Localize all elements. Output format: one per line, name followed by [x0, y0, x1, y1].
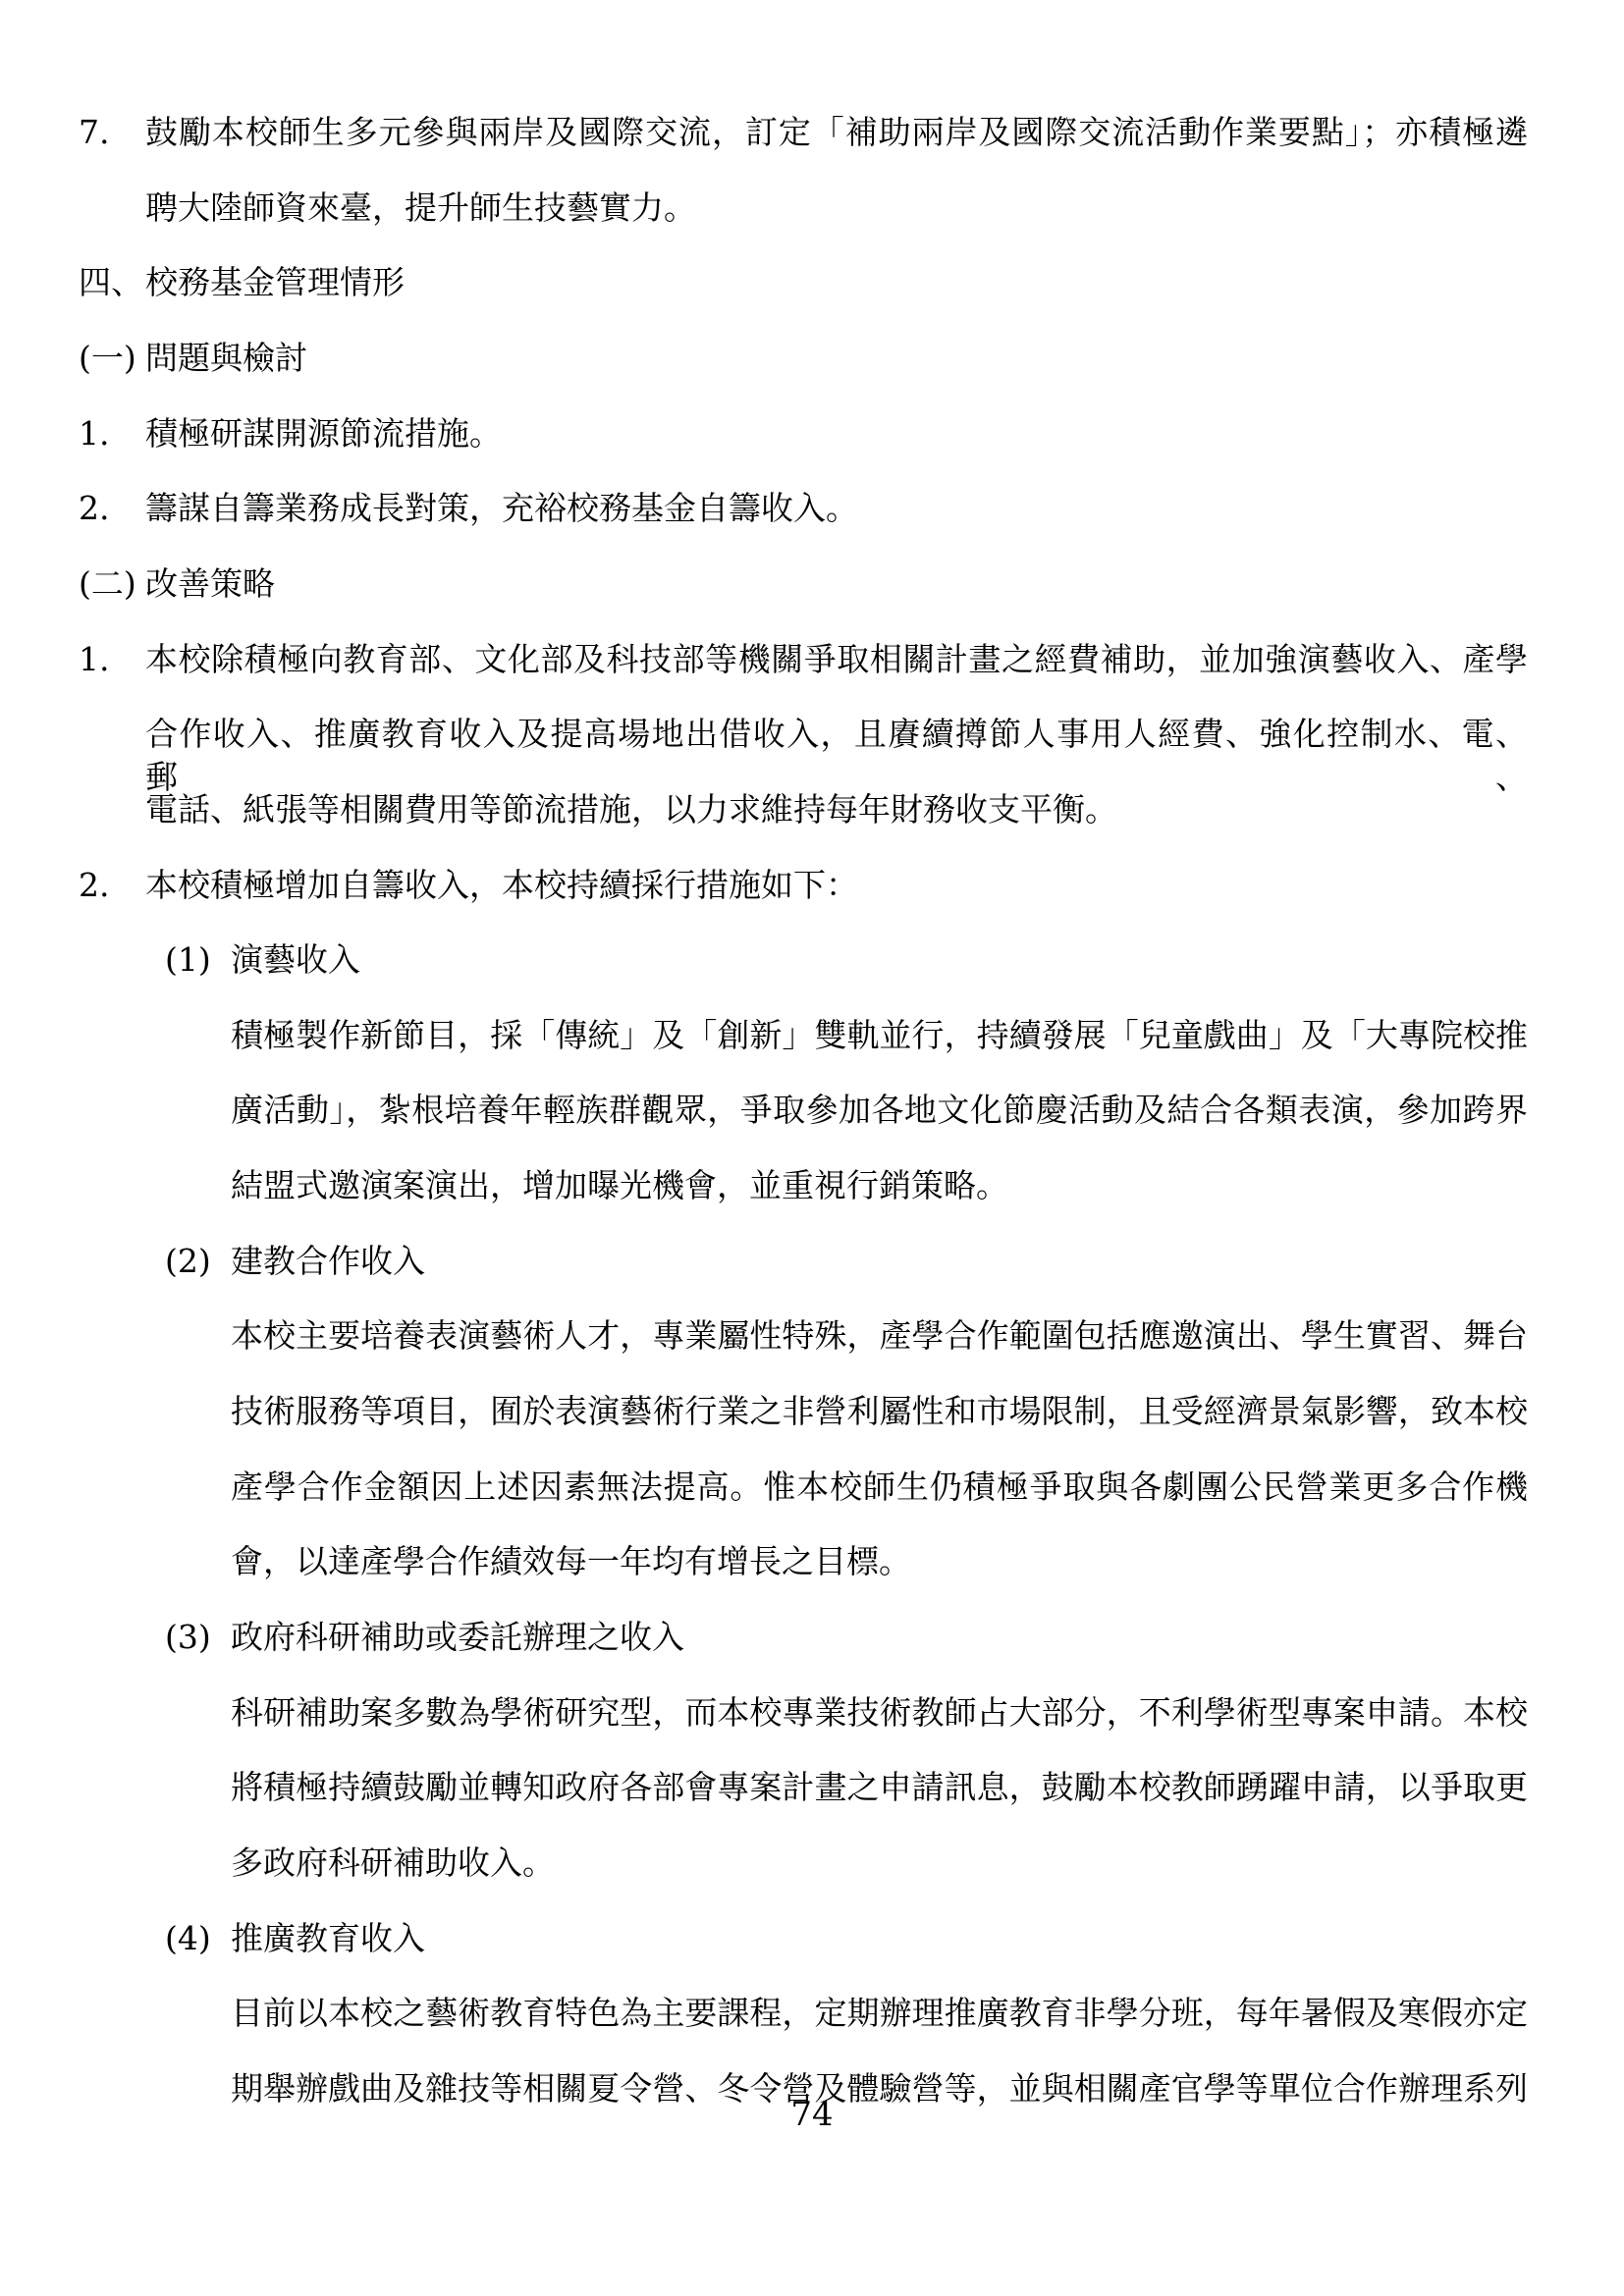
text-line: 將積極持續鼓勵並轉知政府各部會專案計畫之申請訊息，鼓勵本校教師踴躍申請，以爭取更	[231, 1766, 1528, 1809]
text-line: (一) 問題與檢討	[145, 337, 1528, 380]
list-marker: 7.	[79, 111, 110, 154]
list-marker: (一)	[79, 337, 136, 380]
line-text: 校務基金管理情形	[145, 263, 405, 301]
line-text: 推廣教育收入	[231, 1919, 425, 1957]
text-line: 科研補助案多數為學術研究型，而本校專業技術教師占大部分，不利學術型專案申請。本校	[231, 1691, 1528, 1735]
list-marker: (1)	[165, 938, 211, 982]
text-line: 期舉辦戲曲及雜技等相關夏令營、冬令營及體驗營等，並與相關產官學等單位合作辦理系列	[231, 2067, 1528, 2110]
list-marker: 2.	[79, 487, 110, 530]
line-text: 本校積極增加自籌收入，本校持續採行措施如下：	[145, 866, 858, 904]
text-line: 結盟式邀演案演出，增加曝光機會，並重視行銷策略。	[231, 1164, 1528, 1207]
text-line: 電話、紙張等相關費用等節流措施，以力求維持每年財務收支平衡。	[145, 788, 1528, 831]
line-text: 多政府科研補助收入。	[231, 1843, 555, 1882]
text-line: 四、 校務基金管理情形	[145, 261, 1528, 304]
line-text: 目前以本校之藝術教育特色為主要課程，定期辦理推廣教育非學分班，每年暑假及寒假亦定	[231, 1994, 1528, 2032]
text-line: 廣活動」，紮根培養年輕族群觀眾，爭取參加各地文化節慶活動及結合各類表演，參加跨界	[231, 1089, 1528, 1132]
text-line: 本校主要培養表演藝術人才，專業屬性特殊，產學合作範圍包括應邀演出、學生實習、舞台	[231, 1314, 1528, 1358]
text-line: 合作收入、推廣教育收入及提高場地出借收入，且賡續撙節人事用人經費、強化控制水、電…	[145, 713, 1528, 799]
line-text: 積極製作新節目，採「傳統」及「創新」雙軌並行，持續發展「兒童戲曲」及「大專院校推	[231, 1016, 1528, 1054]
list-marker: (3)	[165, 1616, 211, 1659]
line-text: 改善策略	[145, 564, 275, 603]
text-line: (4) 推廣教育收入	[231, 1917, 1528, 1960]
list-marker: (4)	[165, 1917, 211, 1960]
list-marker: 四、	[79, 261, 143, 304]
text-line: (二) 改善策略	[145, 562, 1528, 606]
list-marker: 1.	[79, 638, 110, 681]
text-line: (3) 政府科研補助或委託辦理之收入	[231, 1616, 1528, 1659]
line-text: 籌謀自籌業務成長對策，充裕校務基金自籌收入。	[145, 489, 858, 527]
line-text: 將積極持續鼓勵並轉知政府各部會專案計畫之申請訊息，鼓勵本校教師踴躍申請，以爭取更	[231, 1768, 1528, 1806]
list-marker: (二)	[79, 562, 136, 606]
text-line: (2) 建教合作收入	[231, 1240, 1528, 1283]
line-text: 期舉辦戲曲及雜技等相關夏令營、冬令營及體驗營等，並與相關產官學等單位合作辦理系列	[231, 2069, 1528, 2108]
list-marker: 1.	[79, 412, 110, 455]
line-text: 本校主要培養表演藝術人才，專業屬性特殊，產學合作範圍包括應邀演出、學生實習、舞台	[231, 1316, 1528, 1355]
text-line: 2. 本校積極增加自籌收入，本校持續採行措施如下：	[145, 864, 1528, 907]
text-line: 7. 鼓勵本校師生多元參與兩岸及國際交流，訂定「補助兩岸及國際交流活動作業要點」…	[145, 111, 1528, 154]
text-line: 1. 本校除積極向教育部、文化部及科技部等機關爭取相關計畫之經費補助，並加強演藝…	[145, 638, 1528, 681]
text-line: 會，以達產學合作績效每一年均有增長之目標。	[231, 1540, 1528, 1583]
line-text: 問題與檢討	[145, 339, 307, 377]
list-marker: 2.	[79, 864, 110, 907]
text-line: 聘大陸師資來臺，提升師生技藝實力。	[145, 187, 1528, 230]
line-text: 建教合作收入	[231, 1242, 425, 1280]
text-line: 積極製作新節目，採「傳統」及「創新」雙軌並行，持續發展「兒童戲曲」及「大專院校推	[231, 1014, 1528, 1057]
list-marker: (2)	[165, 1240, 211, 1283]
document-page: 74 7. 鼓勵本校師生多元參與兩岸及國際交流，訂定「補助兩岸及國際交流活動作業…	[0, 0, 1624, 2296]
line-text: 聘大陸師資來臺，提升師生技藝實力。	[145, 188, 696, 227]
line-text: 政府科研補助或委託辦理之收入	[231, 1618, 684, 1656]
text-line: 2. 籌謀自籌業務成長對策，充裕校務基金自籌收入。	[145, 487, 1528, 530]
text-line: 多政府科研補助收入。	[231, 1842, 1528, 1885]
line-text: 鼓勵本校師生多元參與兩岸及國際交流，訂定「補助兩岸及國際交流活動作業要點」；亦積…	[145, 113, 1528, 151]
line-text: 演藝收入	[231, 940, 360, 979]
line-text: 科研補助案多數為學術研究型，而本校專業技術教師占大部分，不利學術型專案申請。本校	[231, 1693, 1528, 1732]
line-text: 產學合作金額因上述因素無法提高。惟本校師生仍積極爭取與各劇團公民營業更多合作機	[231, 1468, 1528, 1506]
line-text: 合作收入、推廣教育收入及提高場地出借收入，且賡續撙節人事用人經費、強化控制水、電…	[145, 715, 1528, 796]
text-line: 1. 積極研謀開源節流措施。	[145, 412, 1528, 455]
line-text: 積極研謀開源節流措施。	[145, 414, 502, 453]
line-text: 結盟式邀演案演出，增加曝光機會，並重視行銷策略。	[231, 1166, 1008, 1204]
text-line: (1) 演藝收入	[231, 938, 1528, 982]
line-text: 技術服務等項目，囿於表演藝術行業之非營利屬性和市場限制，且受經濟景氣影響，致本校	[231, 1392, 1528, 1430]
line-text: 電話、紙張等相關費用等節流措施，以力求維持每年財務收支平衡。	[145, 790, 1117, 828]
text-line: 產學合作金額因上述因素無法提高。惟本校師生仍積極爭取與各劇團公民營業更多合作機	[231, 1466, 1528, 1509]
text-line: 技術服務等項目，囿於表演藝術行業之非營利屬性和市場限制，且受經濟景氣影響，致本校	[231, 1390, 1528, 1433]
line-text: 本校除積極向教育部、文化部及科技部等機關爭取相關計畫之經費補助，並加強演藝收入、…	[145, 640, 1528, 678]
line-text: 會，以達產學合作績效每一年均有增長之目標。	[231, 1542, 911, 1580]
line-text: 廣活動」，紮根培養年輕族群觀眾，爭取參加各地文化節慶活動及結合各類表演，參加跨界	[231, 1091, 1528, 1129]
text-line: 目前以本校之藝術教育特色為主要課程，定期辦理推廣教育非學分班，每年暑假及寒假亦定	[231, 1992, 1528, 2035]
